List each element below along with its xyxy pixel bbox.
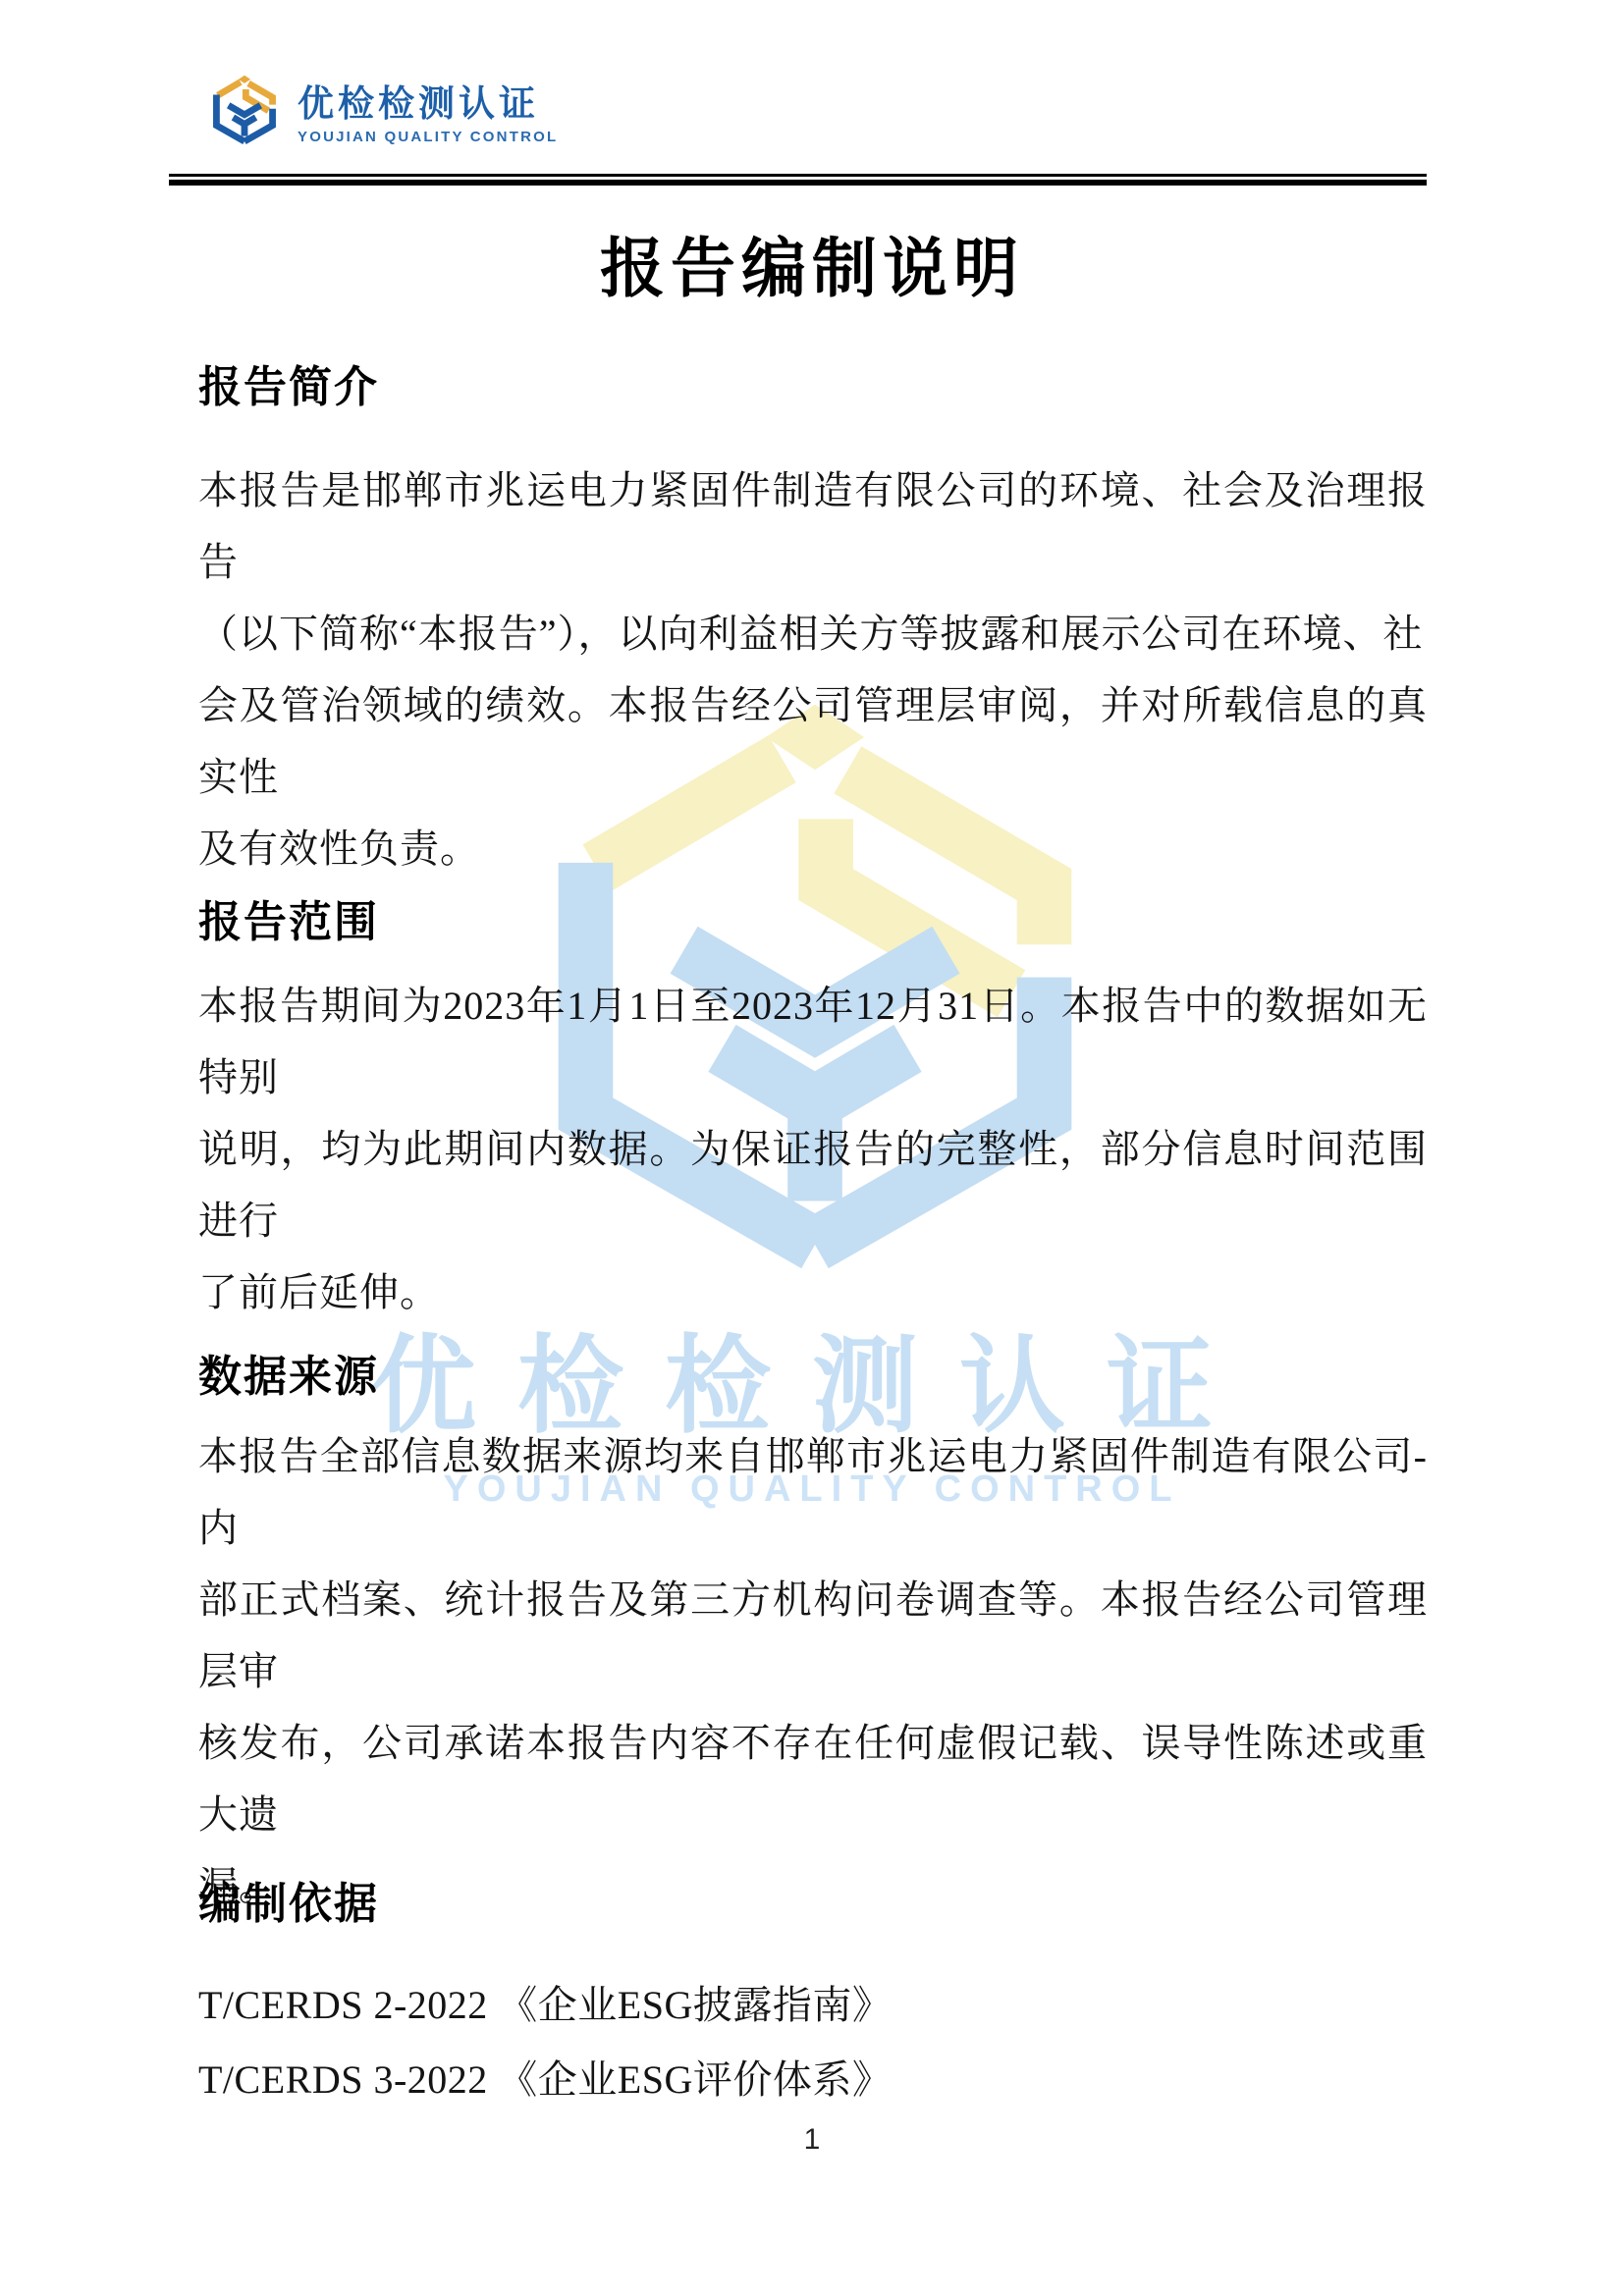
- cube-logo-icon: [211, 75, 278, 152]
- text-line: 会及管治领域的绩效。本报告经公司管理层审阅，并对所载信息的真实性: [198, 669, 1428, 813]
- page-number: 1: [0, 2123, 1624, 2157]
- rule-thick-line: [169, 180, 1427, 186]
- company-logo: 优检检测认证 YOUJIAN QUALITY CONTROL: [211, 75, 558, 152]
- logo-name-en: YOUJIAN QUALITY CONTROL: [298, 129, 558, 146]
- text-line: 本报告全部信息数据来源均来自邯郸市兆运电力紧固件制造有限公司-内: [198, 1420, 1428, 1564]
- section-body-report-scope: 本报告期间为2023年1月1日至2023年12月31日。本报告中的数据如无特别说…: [198, 970, 1428, 1328]
- text-line: 本报告是邯郸市兆运电力紧固件制造有限公司的环境、社会及治理报告: [198, 454, 1428, 598]
- section-body-data-source: 本报告全部信息数据来源均来自邯郸市兆运电力紧固件制造有限公司-内部正式档案、统计…: [198, 1420, 1428, 1922]
- text-line: （以下简称“本报告”），以向利益相关方等披露和展示公司在环境、社: [198, 598, 1428, 669]
- logo-name-cn: 优检检测认证: [298, 84, 558, 124]
- report-page: 优检检测认证 YOUJIAN QUALITY CONTROL: [0, 0, 1624, 2296]
- text-line: 本报告期间为2023年1月1日至2023年12月31日。本报告中的数据如无特别: [198, 970, 1428, 1113]
- section-heading-report-scope: 报告范围: [198, 898, 379, 947]
- text-line: 说明，均为此期间内数据。为保证报告的完整性，部分信息时间范围进行: [198, 1113, 1428, 1256]
- header-double-rule: [169, 174, 1427, 186]
- section-body-report-intro: 本报告是邯郸市兆运电力紧固件制造有限公司的环境、社会及治理报告（以下简称“本报告…: [198, 454, 1428, 884]
- text-line: 及有效性负责。: [198, 813, 1428, 884]
- section-heading-compilation-basis: 编制依据: [198, 1880, 379, 1929]
- page-title: 报告编制说明: [0, 228, 1624, 312]
- text-line: 漏。: [198, 1850, 1428, 1922]
- section-heading-data-source: 数据来源: [198, 1353, 379, 1402]
- section-body-compilation-basis: T/CERDS 2-2022 《企业ESG披露指南》T/CERDS 3-2022…: [198, 1968, 1428, 2117]
- text-line: T/CERDS 2-2022 《企业ESG披露指南》: [198, 1968, 1428, 2043]
- logo-text: 优检检测认证 YOUJIAN QUALITY CONTROL: [298, 84, 558, 146]
- text-line: T/CERDS 3-2022 《企业ESG评价体系》: [198, 2043, 1428, 2117]
- text-line: 部正式档案、统计报告及第三方机构问卷调查等。本报告经公司管理层审: [198, 1564, 1428, 1707]
- text-line: 核发布，公司承诺本报告内容不存在任何虚假记载、误导性陈述或重大遗: [198, 1707, 1428, 1850]
- text-line: 了前后延伸。: [198, 1256, 1428, 1328]
- section-heading-report-intro: 报告简介: [198, 363, 379, 412]
- content-layer: 优检检测认证 YOUJIAN QUALITY CONTROL 报告编制说明 报告…: [0, 0, 1624, 2296]
